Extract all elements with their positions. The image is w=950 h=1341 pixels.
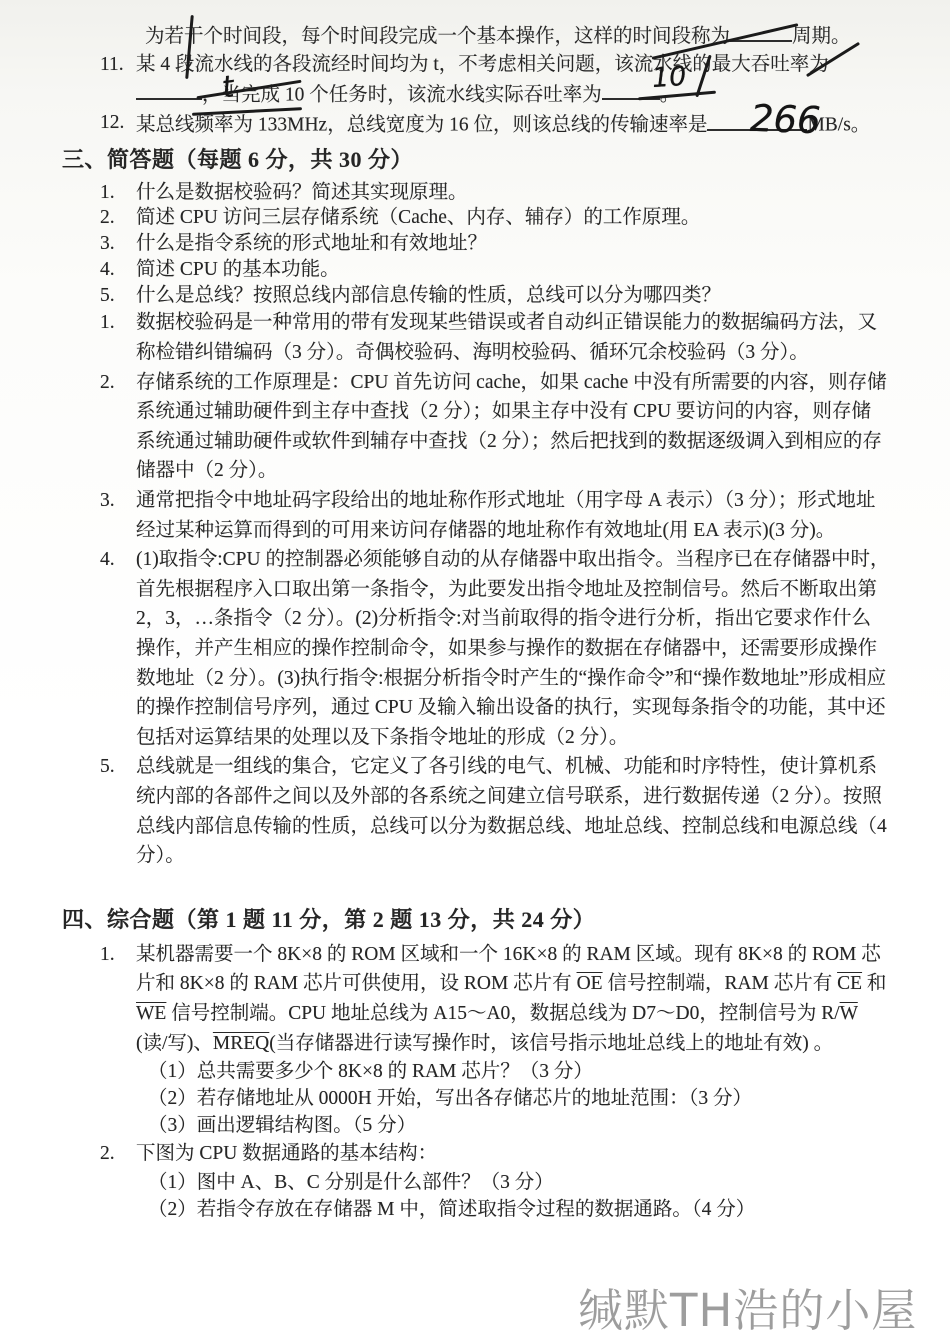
question-1: 1.什么是数据校验码？简述其实现原理。 [100, 180, 890, 206]
blank-line [136, 79, 202, 101]
handwritten-answer-12: 266 [749, 97, 821, 142]
text-run: （2）若指令存放在存储器 M 中，简述取指令过程的数据通路。（4 分） [148, 1199, 755, 1220]
item-text: (1)取指令:CPU 的控制器必须能够自动的从存储器中取出指令。当程序已在存储器… [136, 545, 890, 752]
answer-1: 1.数据校验码是一种常用的带有发现某些错误或者自动纠正错误能力的数据编码方法，又… [100, 308, 890, 367]
text-run: (当存储器进行读写操作时，该信号指示地址总线上的地址有效) 。 [269, 1033, 833, 1054]
item-number: 4. [100, 257, 136, 283]
item-number: 4. [100, 545, 136, 752]
text-run: 存储系统的工作原理是：CPU 首先访问 cache，如果 cache 中没有所需… [136, 372, 887, 482]
item-number: 2. [100, 368, 136, 486]
item-text: 什么是数据校验码？简述其实现原理。 [136, 180, 890, 206]
item-number: 2. [100, 205, 136, 231]
watermark: 缄默TH浩的小屋 [578, 1274, 917, 1339]
text-run: 总线就是一组线的集合，它定义了各引线的电气、机械、功能和时序特性，使计算机系统内… [136, 756, 887, 866]
problem-1: 1.某机器需要一个 8K×8 的 ROM 区域和一个 16K×8 的 RAM 区… [100, 940, 890, 1058]
text-run: （3）画出逻辑结构图。（5 分） [148, 1115, 416, 1136]
question-2: 2.简述 CPU 访问三层存储系统（Cache、内存、辅存）的工作原理。 [100, 205, 890, 231]
question-4: 4.简述 CPU 的基本功能。 [100, 257, 890, 283]
problem-2: 2.下图为 CPU 数据通路的基本结构： [100, 1139, 890, 1169]
text-run: 某 4 段流水线的各段流经时间均为 t，不考虑相关问题，该流水线的最大吞吐率为 [136, 54, 829, 75]
text-run: （1）图中 A、B、C 分别是什么部件？（3 分） [148, 1172, 554, 1193]
text-run: 信号控制端。CPU 地址总线为 A15～A0，数据总线为 D7～D0，控制信号为… [166, 1003, 839, 1024]
problem-2-sub-1: （1）图中 A、B、C 分别是什么部件？（3 分） [148, 1169, 890, 1196]
text-run: 什么是指令系统的形式地址和有效地址？ [136, 233, 487, 254]
item-text: 某机器需要一个 8K×8 的 ROM 区域和一个 16K×8 的 RAM 区域。… [136, 940, 890, 1058]
scanned-exam-page: 为若干个时间段，每个时间段完成一个基本操作，这样的时间段称为周期。11.某 4 … [0, 0, 950, 1341]
text-run: 通常把指令中地址码字段给出的地址称作形式地址（用字母 A 表示）（3 分）；形式… [136, 490, 875, 541]
text-run: (读/写)、 [136, 1033, 213, 1054]
item-text: 总线就是一组线的集合，它定义了各引线的电气、机械、功能和时序特性，使计算机系统内… [136, 752, 890, 870]
overline-text: W [840, 1003, 858, 1024]
text-run: 某总线频率为 133MHz，总线宽度为 16 位，则该总线的传输速率是 [136, 115, 707, 136]
item-text: （1）图中 A、B、C 分别是什么部件？（3 分） [148, 1172, 554, 1193]
overline-text: CE [837, 973, 862, 994]
text-run: 简述 CPU 的基本功能。 [136, 259, 340, 280]
text-run: 信号控制端，RAM 芯片有 [603, 973, 838, 994]
answer-5: 5.总线就是一组线的集合，它定义了各引线的电气、机械、功能和时序特性，使计算机系… [100, 752, 890, 870]
item-number: 3. [100, 231, 136, 257]
item-number: 11. [100, 51, 136, 110]
problem-2-sub-2: （2）若指令存放在存储器 M 中，简述取指令过程的数据通路。（4 分） [148, 1196, 890, 1223]
text-run: 数据校验码是一种常用的带有发现某些错误或者自动纠正错误能力的数据编码方法，又称检… [136, 312, 877, 363]
text-run: 和 [862, 973, 886, 994]
answer-2: 2.存储系统的工作原理是：CPU 首先访问 cache，如果 cache 中没有… [100, 368, 890, 486]
question-5: 5.什么是总线？按照总线内部信息传输的性质，总线可以分为哪四类？ [100, 283, 890, 309]
item-number: 1. [100, 180, 136, 206]
question-3: 3.什么是指令系统的形式地址和有效地址？ [100, 231, 890, 257]
item-number: 12. [100, 109, 136, 140]
continuation-line: 为若干个时间段，每个时间段完成一个基本操作，这样的时间段称为周期。 [145, 20, 890, 51]
text-run: 什么是数据校验码？简述其实现原理。 [136, 182, 468, 203]
item-text: 什么是总线？按照总线内部信息传输的性质，总线可以分为哪四类？ [136, 283, 890, 309]
text-run: 什么是总线？按照总线内部信息传输的性质，总线可以分为哪四类？ [136, 285, 721, 306]
item-text: 简述 CPU 访问三层存储系统（Cache、内存、辅存）的工作原理。 [136, 205, 890, 231]
item-text: （2）若指令存放在存储器 M 中，简述取指令过程的数据通路。（4 分） [148, 1199, 755, 1220]
item-number: 3. [100, 486, 136, 545]
item-number: 5. [100, 752, 136, 870]
item-text: （2）若存储地址从 0000H 开始，写出各存储芯片的地址范围：（3 分） [148, 1088, 752, 1109]
item-number: 2. [100, 1139, 136, 1169]
document-body: 为若干个时间段，每个时间段完成一个基本操作，这样的时间段称为周期。11.某 4 … [0, 0, 950, 1223]
problem-1-sub-2: （2）若存储地址从 0000H 开始，写出各存储芯片的地址范围：（3 分） [148, 1085, 890, 1112]
text-run: 周期。 [792, 26, 851, 47]
item-text: 存储系统的工作原理是：CPU 首先访问 cache，如果 cache 中没有所需… [136, 368, 890, 486]
item-number: 1. [100, 308, 136, 367]
overline-text: WE [136, 1003, 166, 1024]
item-text: （1）总共需要多少个 8K×8 的 RAM 芯片？（3 分） [148, 1061, 593, 1082]
item-text: 什么是指令系统的形式地址和有效地址？ [136, 231, 890, 257]
item-number: 1. [100, 940, 136, 1058]
item-number: 5. [100, 283, 136, 309]
item-text: 通常把指令中地址码字段给出的地址称作形式地址（用字母 A 表示）（3 分）；形式… [136, 486, 890, 545]
section-4-heading: 四、综合题（第 1 题 11 分，第 2 题 13 分，共 24 分） [62, 905, 890, 934]
text-run: 为若干个时间段，每个时间段完成一个基本操作，这样的时间段称为 [145, 26, 730, 47]
text-run: （1）总共需要多少个 8K×8 的 RAM 芯片？（3 分） [148, 1061, 593, 1082]
problem-1-sub-1: （1）总共需要多少个 8K×8 的 RAM 芯片？（3 分） [148, 1058, 890, 1085]
section-3-heading: 三、简答题（每题 6 分，共 30 分） [62, 145, 890, 174]
text-run: （2）若存储地址从 0000H 开始，写出各存储芯片的地址范围：（3 分） [148, 1088, 752, 1109]
text-run: 下图为 CPU 数据通路的基本结构： [136, 1143, 437, 1164]
item-text: 数据校验码是一种常用的带有发现某些错误或者自动纠正错误能力的数据编码方法，又称检… [136, 308, 890, 367]
text-run: 简述 CPU 访问三层存储系统（Cache、内存、辅存）的工作原理。 [136, 207, 700, 228]
overline-text: MREQ [213, 1033, 269, 1054]
item-text: 简述 CPU 的基本功能。 [136, 257, 890, 283]
handwritten-answer-11-second: 10 [651, 61, 687, 94]
overline-text: OE [577, 973, 603, 994]
problem-1-sub-3: （3）画出逻辑结构图。（5 分） [148, 1112, 890, 1139]
item-text: （3）画出逻辑结构图。（5 分） [148, 1115, 416, 1136]
text-run: (1)取指令:CPU 的控制器必须能够自动的从存储器中取出指令。当程序已在存储器… [136, 549, 889, 748]
answer-4: 4.(1)取指令:CPU 的控制器必须能够自动的从存储器中取出指令。当程序已在存… [100, 545, 890, 752]
answer-3: 3.通常把指令中地址码字段给出的地址称作形式地址（用字母 A 表示）（3 分）；… [100, 486, 890, 545]
item-text: 下图为 CPU 数据通路的基本结构： [136, 1139, 890, 1169]
